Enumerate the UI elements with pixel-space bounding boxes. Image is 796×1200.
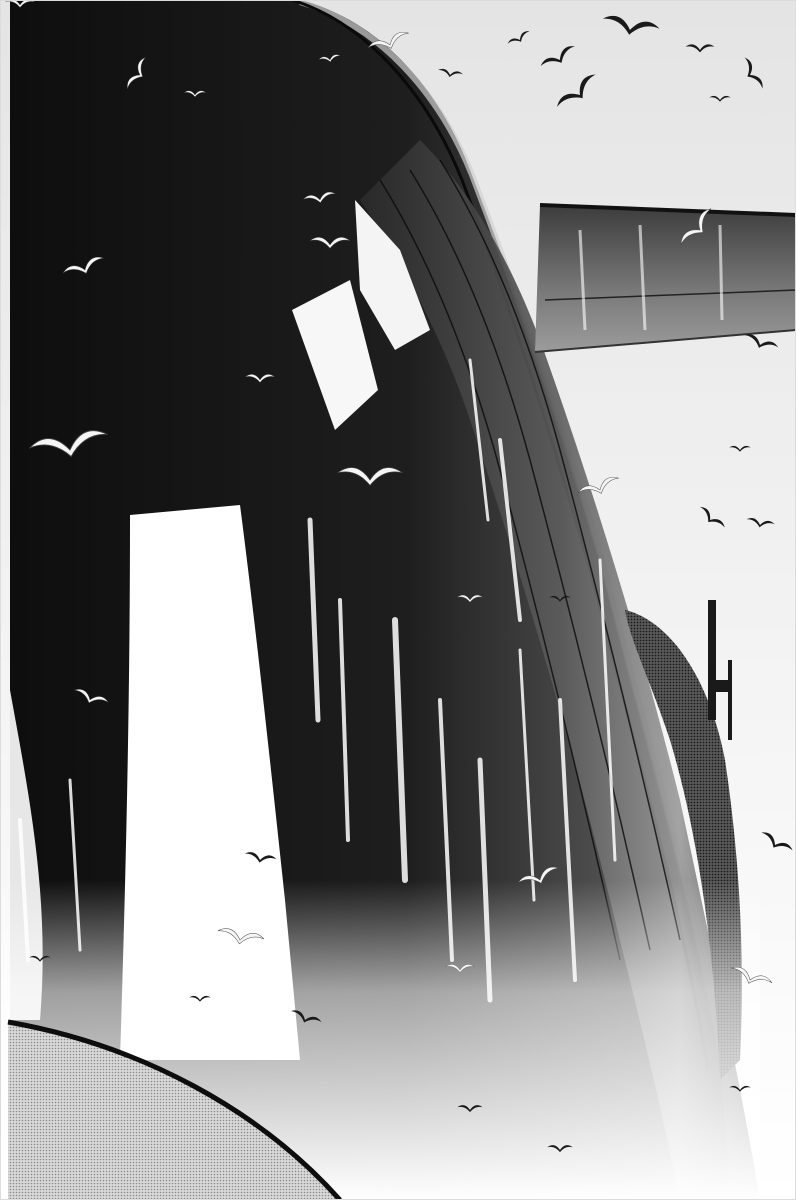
manga-illustration [0, 0, 796, 1200]
dive-plane [535, 205, 796, 352]
